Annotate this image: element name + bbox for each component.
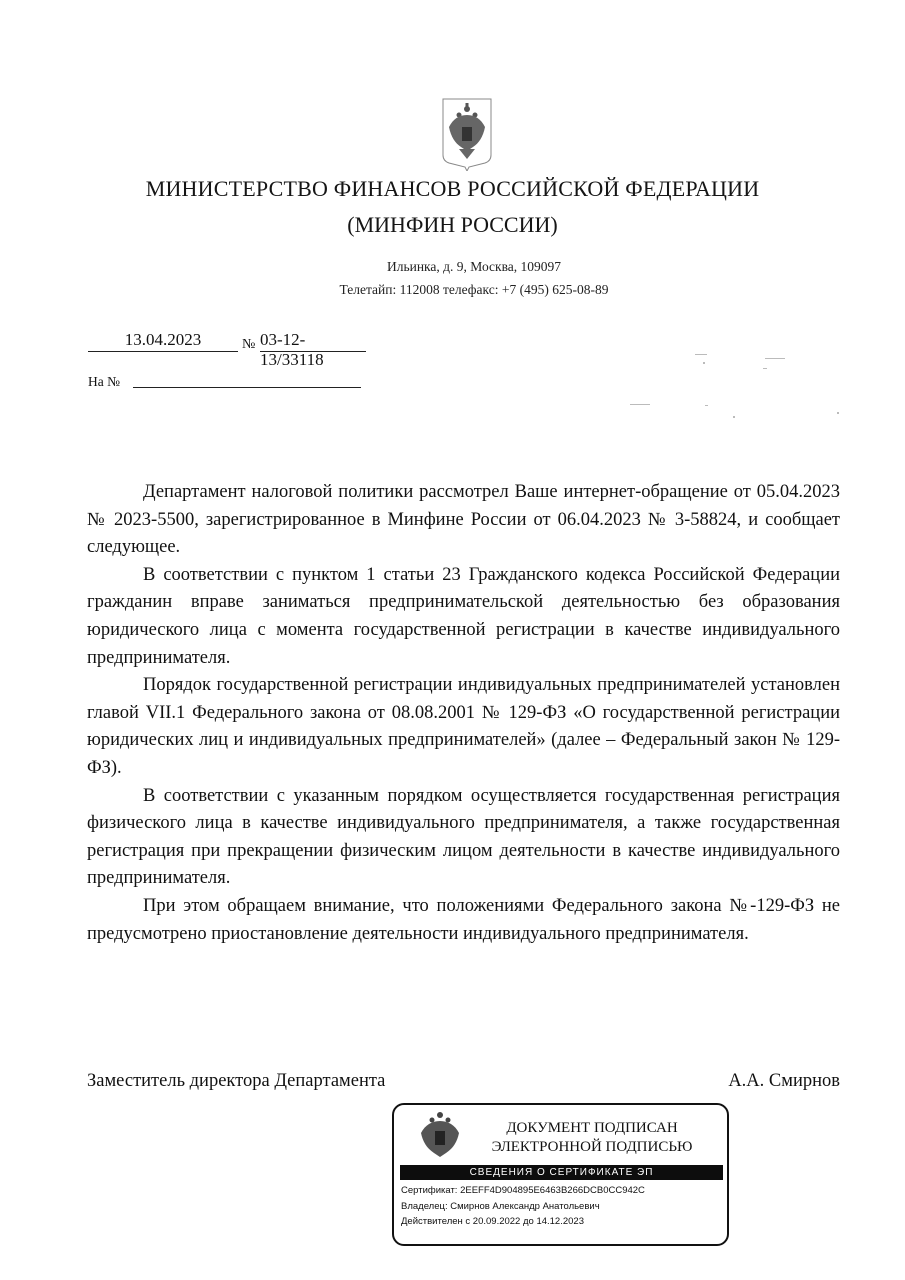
- electronic-signature-stamp: ДОКУМЕНТ ПОДПИСАН ЭЛЕКТРОННОЙ ПОДПИСЬЮ С…: [392, 1103, 729, 1246]
- ministry-address: Ильинка, д. 9, Москва, 109097: [0, 259, 905, 275]
- paragraph: При этом обращаем внимание, что положени…: [87, 893, 840, 948]
- stamp-title-line1: ДОКУМЕНТ ПОДПИСАН: [472, 1119, 712, 1138]
- letter-date: 13.04.2023: [88, 330, 238, 352]
- ministry-short-name: (МИНФИН РОССИИ): [0, 212, 905, 238]
- ministry-contacts: Телетайп: 112008 телефакс: +7 (495) 625-…: [0, 282, 905, 298]
- number-sign: №: [242, 337, 255, 353]
- ministry-name: МИНИСТЕРСТВО ФИНАНСОВ РОССИЙСКОЙ ФЕДЕРАЦ…: [0, 176, 905, 202]
- paragraph: Порядок государственной регистрации инди…: [87, 672, 840, 782]
- certificate-info-bar: СВЕДЕНИЯ О СЕРТИФИКАТЕ ЭП: [400, 1165, 723, 1180]
- certificate-id: Сертификат: 2EEFF4D904895E6463B266DCB0CC…: [401, 1185, 645, 1196]
- redacted-addressee-area: [625, 350, 845, 420]
- coat-of-arms-icon: [441, 97, 493, 171]
- letter-number: 03-12-13/33118: [260, 330, 366, 352]
- stamp-title-line2: ЭЛЕКТРОННОЙ ПОДПИСЬЮ: [472, 1138, 712, 1157]
- letter-body: Департамент налоговой политики рассмотре…: [87, 479, 840, 948]
- paragraph: В соответствии с пунктом 1 статьи 23 Гра…: [87, 562, 840, 672]
- certificate-owner: Владелец: Смирнов Александр Анатольевич: [401, 1201, 600, 1212]
- signatory-name: А.А. Смирнов: [728, 1071, 840, 1092]
- coat-of-arms-icon: [418, 1109, 462, 1159]
- reply-to-label: На №: [88, 374, 120, 390]
- paragraph: Департамент налоговой политики рассмотре…: [87, 479, 840, 562]
- certificate-validity: Действителен с 20.09.2022 до 14.12.2023: [401, 1216, 584, 1227]
- reply-to-field: [133, 372, 361, 388]
- paragraph: В соответствии с указанным порядком осущ…: [87, 783, 840, 893]
- signatory-title: Заместитель директора Департамента: [87, 1071, 385, 1092]
- stamp-title: ДОКУМЕНТ ПОДПИСАН ЭЛЕКТРОННОЙ ПОДПИСЬЮ: [472, 1119, 712, 1157]
